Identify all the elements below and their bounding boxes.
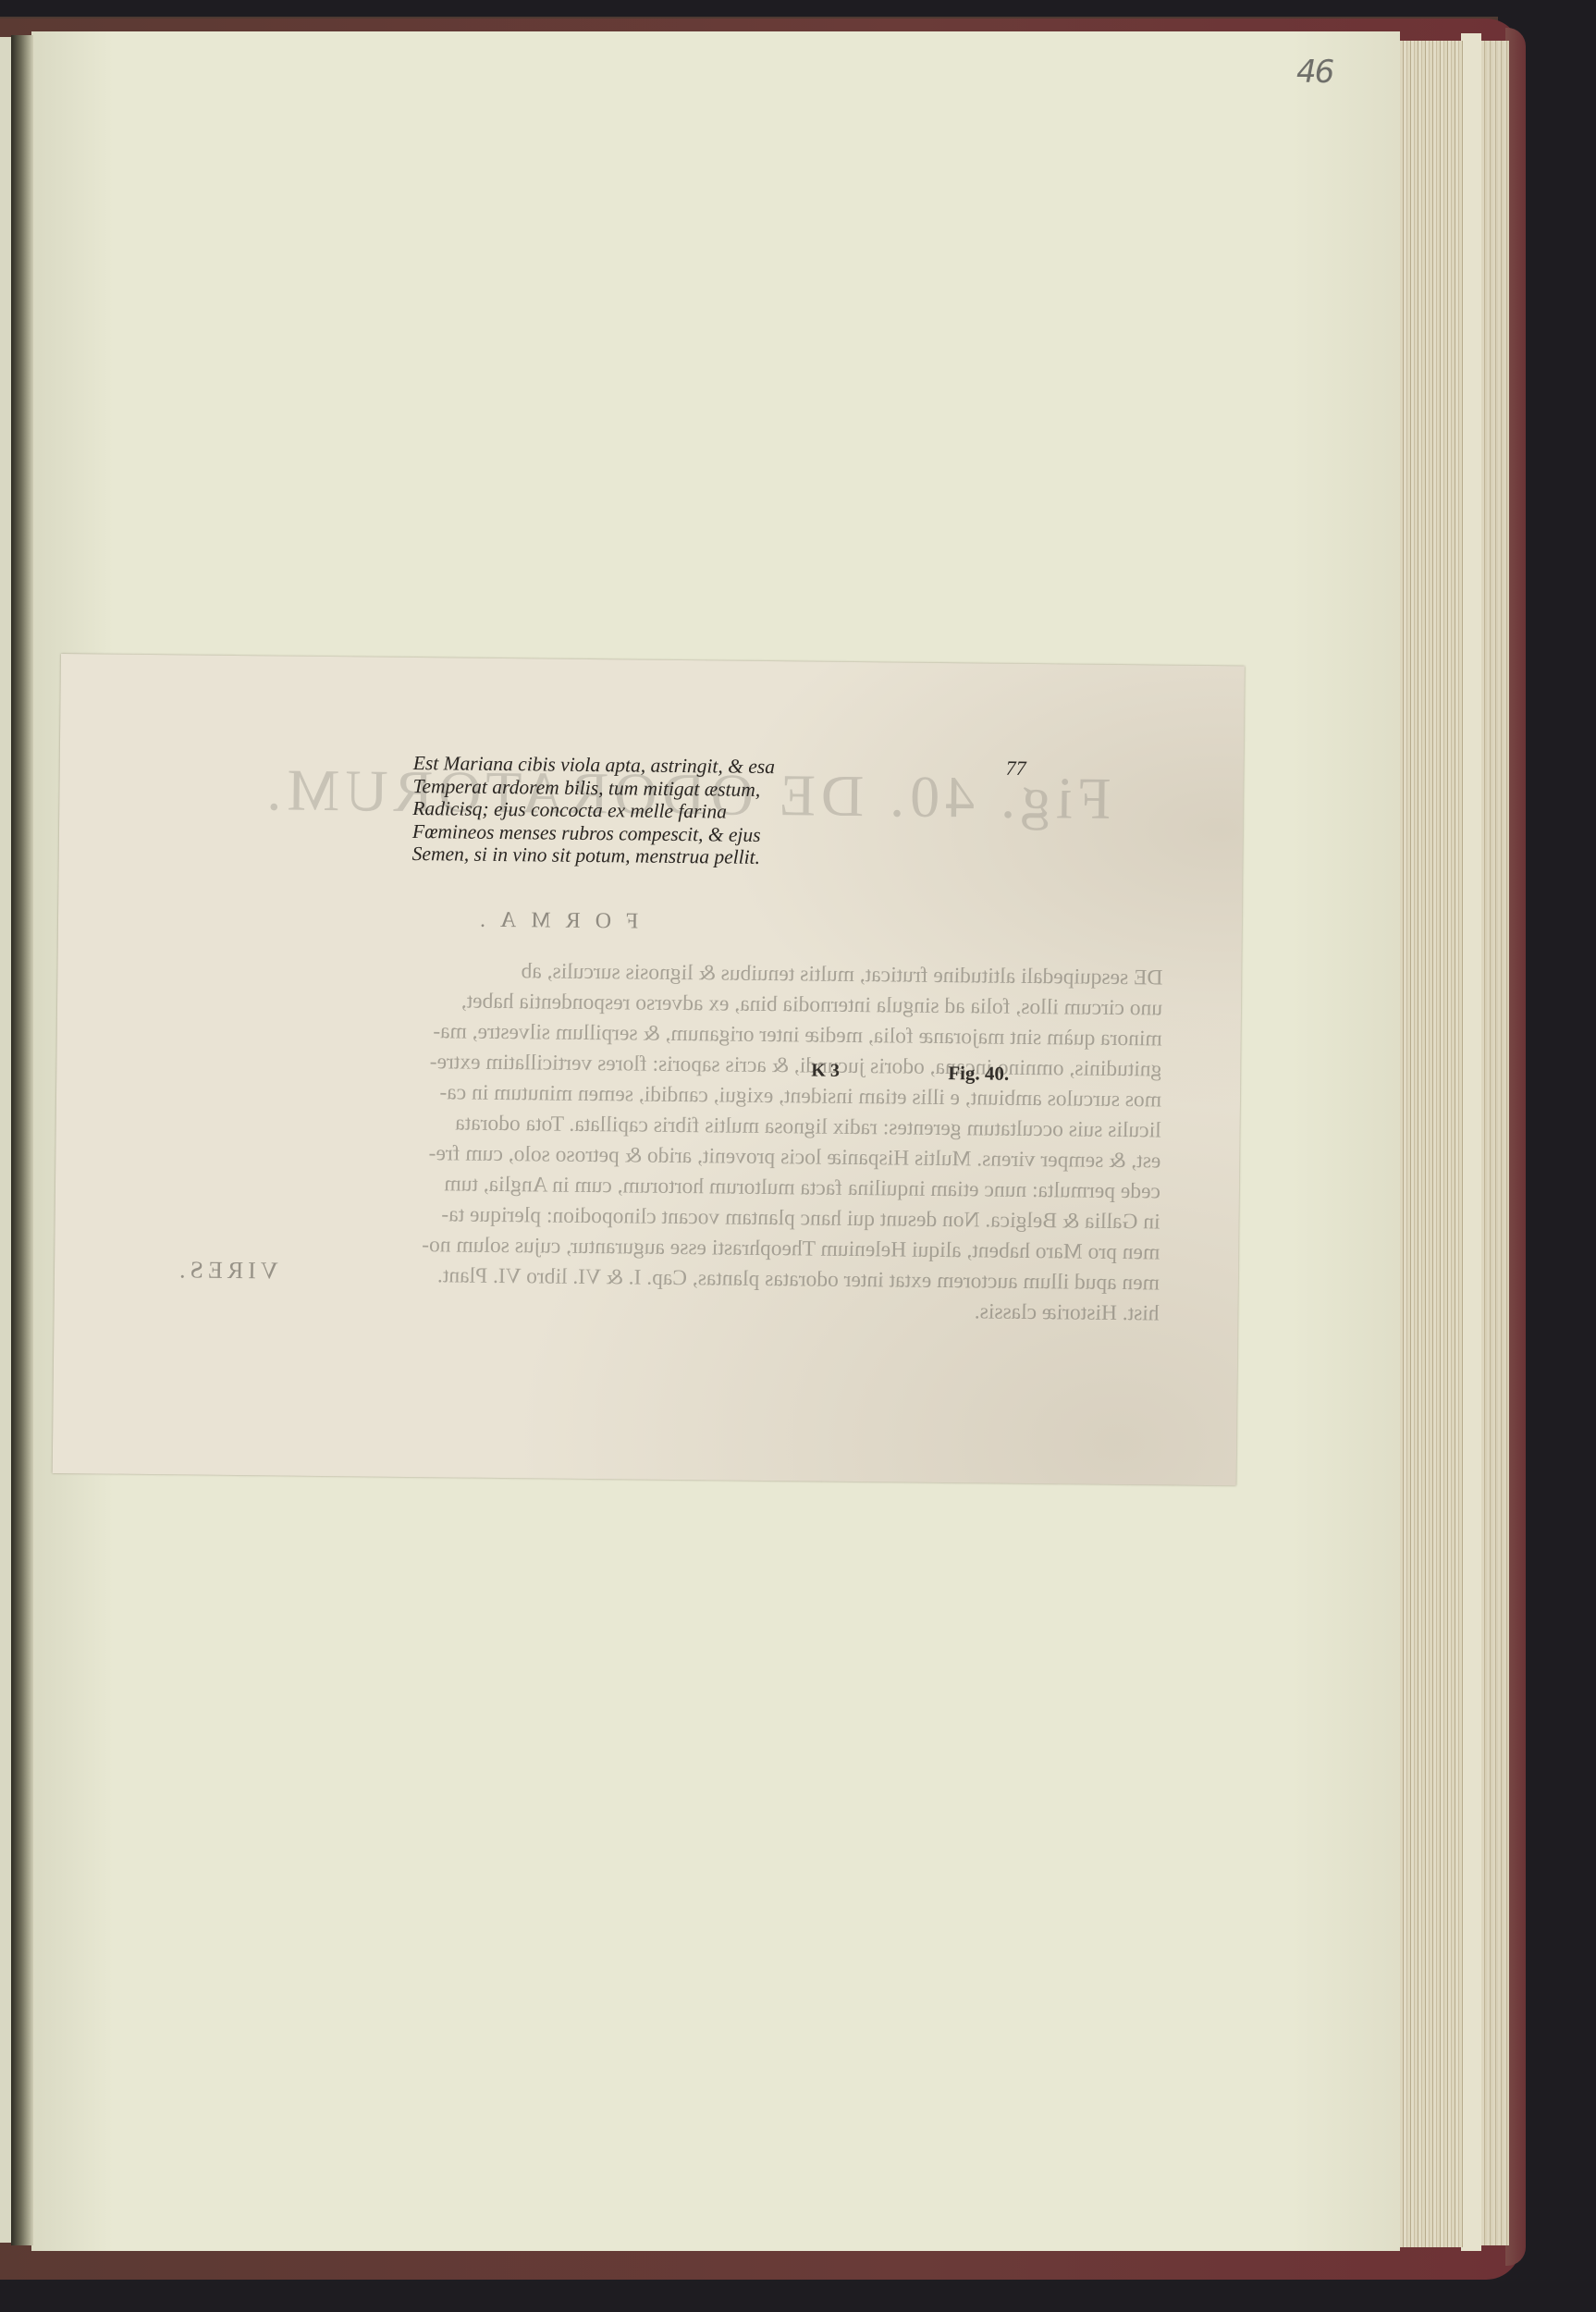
figure-label: Fig. 40. [948,1062,1009,1086]
verse-line: Est Mariana cibis viola apta, astringit,… [413,752,775,779]
pasted-printed-slip: Fig. 40. DE ODORATORUM. FORMA. DE sesqui… [53,654,1245,1485]
showthrough-vires-heading: VIRES. [175,1256,278,1285]
page-stack-inner [1396,41,1463,2247]
latin-verse: Est Mariana cibis viola apta, astringit,… [412,752,775,869]
showthrough-forma-heading: FORMA. [465,908,639,935]
book-gutter [11,35,33,2245]
slip-page-number: 77 [1006,756,1026,781]
verse-line: Radicisq; ejus concocta ex melle farina [412,797,774,824]
showthrough-body: DE sesquipedali altitudine fruticat, mul… [178,953,1162,1329]
page-stack-middle [1461,33,1481,2251]
page-stack-outer [1481,41,1509,2245]
handwritten-folio-number: 46 [1296,54,1332,91]
verse-line: Semen, si in vino sit potum, menstrua pe… [412,842,774,869]
signature-mark: K 3 [811,1061,840,1082]
